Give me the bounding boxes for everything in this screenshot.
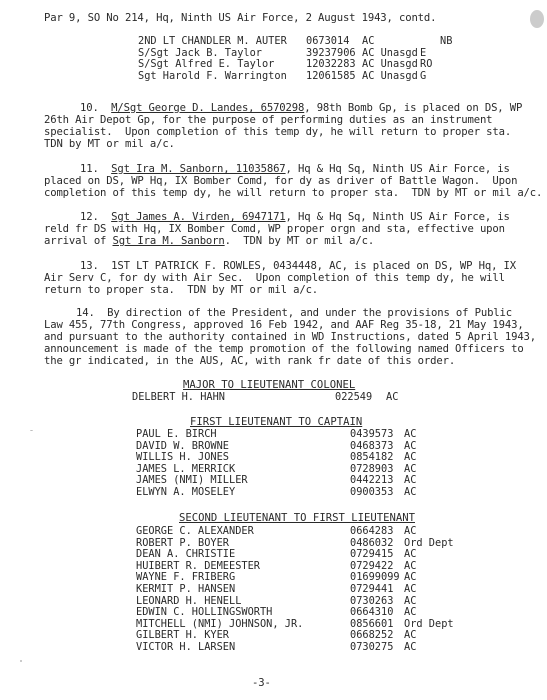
roster-name: 2ND LT CHANDLER M. AUTER — [138, 35, 287, 47]
promotion-list: DELBERT H. HAHN 022549 AC — [132, 391, 432, 403]
roster-note: E — [420, 47, 426, 59]
officer-branch: AC — [404, 629, 416, 641]
officer-name: JAMES L. MERRICK — [136, 463, 235, 475]
promotion-list: GEORGE C. ALEXANDER 0664283 AC ROBERT P.… — [136, 525, 496, 653]
carryover-roster: 2ND LT CHANDLER M. AUTER 0673014 AC NB S… — [138, 35, 458, 81]
officer-name: ROBERT P. BOYER — [136, 537, 229, 549]
paragraph-text: By direction of the President, and under… — [107, 307, 512, 319]
officer-name: GEORGE C. ALEXANDER — [136, 525, 254, 537]
roster-branch: AC Unasgd — [362, 70, 418, 82]
officer-row: EDWIN C. HOLLINGSWORTH 0664310 AC — [136, 606, 496, 618]
officer-row: PAUL E. BIRCH 0439573 AC — [136, 428, 436, 440]
paragraph-text: , 98th Bomb Gp, is placed on DS, WP — [304, 102, 522, 114]
paragraph-subject: M/Sgt George D. Landes, 6570298 — [111, 102, 304, 114]
paragraph-text: , Hq & Hq Sq, Ninth US Air Force, is — [286, 163, 510, 175]
paragraph-number: 14. — [76, 307, 95, 319]
officer-row: GEORGE C. ALEXANDER 0664283 AC — [136, 525, 496, 537]
roster-note: NB — [440, 35, 452, 47]
paragraph-text: TDN by MT or mil a/c. — [44, 138, 175, 150]
officer-branch: AC — [404, 641, 416, 653]
officer-branch: AC — [404, 428, 416, 440]
officer-serial: 0854182 — [350, 451, 393, 463]
paragraph-text: arrival of — [44, 235, 113, 247]
roster-note: G — [420, 70, 426, 82]
officer-serial: 0486032 — [350, 537, 393, 549]
roster-branch: AC — [362, 35, 374, 47]
roster-name: S/Sgt Jack B. Taylor — [138, 47, 262, 59]
paragraph-number: 10. — [80, 102, 99, 114]
paragraph-text: and pursuant to the authority contained … — [44, 331, 536, 343]
officer-branch: AC — [404, 440, 416, 452]
officer-serial: 0729441 — [350, 583, 393, 595]
roster-note: RO — [420, 58, 432, 70]
roster-row: 2ND LT CHANDLER M. AUTER 0673014 AC NB — [138, 35, 458, 47]
paragraph-text: return to proper sta. TDN by MT or mil a… — [44, 284, 318, 296]
paragraph-text: announcement is made of the temp promoti… — [44, 343, 524, 355]
officer-branch: AC — [404, 583, 416, 595]
officer-name: WAYNE F. FRIBERG — [136, 571, 235, 583]
promotion-heading: FIRST LIEUTENANT TO CAPTAIN — [190, 416, 362, 428]
paragraph-number: 13. — [80, 260, 99, 272]
page-header: Par 9, SO No 214, Hq, Ninth US Air Force… — [44, 12, 436, 24]
officer-serial: 0664283 — [350, 525, 393, 537]
officer-row: DAVID W. BROWNE 0468373 AC — [136, 440, 436, 452]
officer-branch: AC — [404, 548, 416, 560]
officer-serial: 0900353 — [350, 486, 393, 498]
officer-name: DELBERT H. HAHN — [132, 391, 225, 403]
paragraph-number: 12. — [80, 211, 99, 223]
roster-row: S/Sgt Jack B. Taylor 39237906 AC Unasgd … — [138, 47, 458, 59]
officer-row: JAMES L. MERRICK 0728903 AC — [136, 463, 436, 475]
officer-branch: AC — [404, 463, 416, 475]
paragraph-text: the gr indicated, in the AUS, AC, with r… — [44, 355, 455, 367]
officer-serial: 0730263 — [350, 595, 393, 607]
underlined-name: Sgt Ira M. Sanborn — [113, 235, 225, 247]
roster-serial: 39237906 — [306, 47, 356, 59]
scan-speck — [30, 430, 33, 431]
officer-row: MITCHELL (NMI) JOHNSON, JR. 0856601 Ord … — [136, 618, 496, 630]
paragraph-text: 26th Air Depot Gp, for the purpose of pe… — [44, 114, 492, 126]
officer-name: KERMIT P. HANSEN — [136, 583, 235, 595]
paragraph-text: Law 455, 77th Congress, approved 16 Feb … — [44, 319, 524, 331]
roster-serial: 12032283 — [306, 58, 356, 70]
paragraph-text: specialist. Upon completion of this temp… — [44, 126, 511, 138]
officer-serial: 0442213 — [350, 474, 393, 486]
officer-serial: 0729422 — [350, 560, 393, 572]
paragraph-text: , Hq & Hq Sq, Ninth US Air Force, is — [286, 211, 510, 223]
officer-row: DEAN A. CHRISTIE 0729415 AC — [136, 548, 496, 560]
roster-serial: 12061585 — [306, 70, 356, 82]
officer-row: ROBERT P. BOYER 0486032 Ord Dept — [136, 537, 496, 549]
officer-branch: AC — [404, 474, 416, 486]
officer-row: GILBERT H. KYER 0668252 AC — [136, 629, 496, 641]
roster-row: Sgt Harold F. Warrington 12061585 AC Una… — [138, 70, 458, 82]
officer-branch: Ord Dept — [404, 618, 454, 630]
officer-row: HUIBERT R. DEMEESTER 0729422 AC — [136, 560, 496, 572]
officer-name: JAMES (NMI) MILLER — [136, 474, 248, 486]
roster-name: Sgt Harold F. Warrington — [138, 70, 287, 82]
officer-serial: 01699099 — [350, 571, 400, 583]
officer-serial: 0468373 — [350, 440, 393, 452]
officer-branch: AC — [404, 486, 416, 498]
officer-name: MITCHELL (NMI) JOHNSON, JR. — [136, 618, 303, 630]
document-page: Par 9, SO No 214, Hq, Ninth US Air Force… — [0, 0, 547, 700]
officer-name: WILLIS H. JONES — [136, 451, 229, 463]
officer-branch: AC — [404, 595, 416, 607]
roster-serial: 0673014 — [306, 35, 349, 47]
officer-branch: AC — [404, 560, 416, 572]
officer-branch: AC — [404, 571, 416, 583]
scan-smudge — [530, 10, 544, 28]
promotion-heading: SECOND LIEUTENANT TO FIRST LIEUTENANT — [179, 512, 415, 524]
officer-name: EDWIN C. HOLLINGSWORTH — [136, 606, 272, 618]
scan-speck — [20, 660, 22, 662]
officer-name: ELWYN A. MOSELEY — [136, 486, 235, 498]
paragraph-text: 1ST LT PATRICK F. ROWLES, 0434448, AC, i… — [111, 260, 516, 272]
promotion-heading: MAJOR TO LIEUTENANT COLONEL — [183, 379, 355, 391]
paragraph-number: 11. — [80, 163, 99, 175]
officer-serial: 0668252 — [350, 629, 393, 641]
paragraph-subject: Sgt Ira M. Sanborn, 11035867 — [111, 163, 285, 175]
officer-name: PAUL E. BIRCH — [136, 428, 217, 440]
officer-serial: 0856601 — [350, 618, 393, 630]
officer-branch: AC — [404, 606, 416, 618]
paragraph-text: placed on DS, WP Hq, IX Bomber Comd, for… — [44, 175, 517, 187]
paragraph-text: . TDN by MT or mil a/c. — [225, 235, 374, 247]
roster-name: S/Sgt Alfred E. Taylor — [138, 58, 274, 70]
promotion-list: PAUL E. BIRCH 0439573 AC DAVID W. BROWNE… — [136, 428, 436, 498]
officer-row: WAYNE F. FRIBERG 01699099 AC — [136, 571, 496, 583]
page-number: -3- — [252, 677, 271, 689]
officer-row: KERMIT P. HANSEN 0729441 AC — [136, 583, 496, 595]
officer-name: DAVID W. BROWNE — [136, 440, 229, 452]
officer-serial: 022549 — [335, 391, 372, 403]
officer-serial: 0729415 — [350, 548, 393, 560]
officer-branch: AC — [386, 391, 398, 403]
officer-name: VICTOR H. LARSEN — [136, 641, 235, 653]
officer-name: GILBERT H. KYER — [136, 629, 229, 641]
officer-branch: AC — [404, 451, 416, 463]
officer-row: JAMES (NMI) MILLER 0442213 AC — [136, 474, 436, 486]
paragraph-subject: Sgt James A. Virden, 6947171 — [111, 211, 285, 223]
officer-serial: 0664310 — [350, 606, 393, 618]
officer-row: ELWYN A. MOSELEY 0900353 AC — [136, 486, 436, 498]
roster-branch: AC Unasgd — [362, 58, 418, 70]
officer-serial: 0439573 — [350, 428, 393, 440]
officer-serial: 0728903 — [350, 463, 393, 475]
officer-row: VICTOR H. LARSEN 0730275 AC — [136, 641, 496, 653]
roster-row: S/Sgt Alfred E. Taylor 12032283 AC Unasg… — [138, 58, 458, 70]
officer-row: WILLIS H. JONES 0854182 AC — [136, 451, 436, 463]
officer-branch: Ord Dept — [404, 537, 454, 549]
roster-branch: AC Unasgd — [362, 47, 418, 59]
officer-row: LEONARD H. HENELL 0730263 AC — [136, 595, 496, 607]
officer-name: LEONARD H. HENELL — [136, 595, 241, 607]
officer-name: DEAN A. CHRISTIE — [136, 548, 235, 560]
paragraph-text: Air Serv C, for dy with Air Sec. Upon co… — [44, 272, 505, 284]
paragraph-text: reld fr DS with Hq, IX Bomber Comd, WP p… — [44, 223, 505, 235]
paragraph-text: completion of this temp dy, he will retu… — [44, 187, 542, 199]
officer-serial: 0730275 — [350, 641, 393, 653]
officer-name: HUIBERT R. DEMEESTER — [136, 560, 260, 572]
officer-branch: AC — [404, 525, 416, 537]
officer-row: DELBERT H. HAHN 022549 AC — [132, 391, 432, 403]
